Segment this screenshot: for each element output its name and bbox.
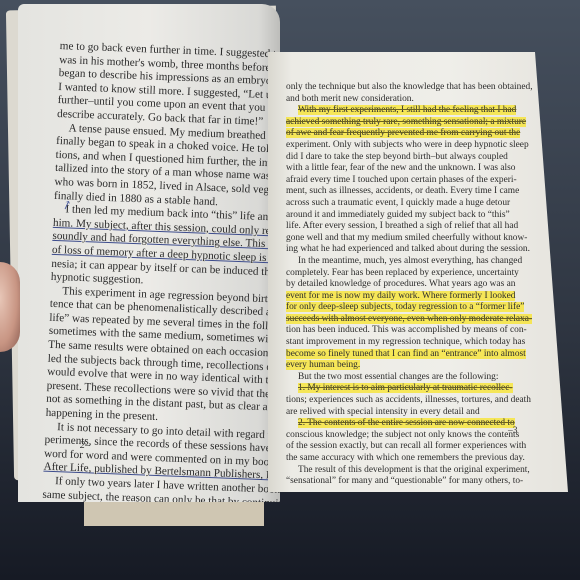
page-number-left: 2–: [80, 440, 90, 451]
text-line: across such a traumatic event, I quickly…: [286, 198, 522, 210]
text-line: only the technique but also the knowledg…: [286, 82, 522, 94]
text-line: are relived with special intensity in ev…: [286, 407, 522, 419]
text-line: stant improvement in my regression techn…: [286, 337, 522, 349]
text-line: by detailed knowledge of procedures. Wha…: [286, 279, 522, 291]
text-line: ing what he had experienced and talked a…: [286, 244, 522, 256]
text-line: In the meantime, much, yes almost everyt…: [286, 256, 522, 268]
text-line: completely. Fear has been replaced by ex…: [286, 268, 522, 280]
thumb-holding-page: [0, 262, 20, 352]
text-line: conscious knowledge; the subject not onl…: [286, 430, 522, 442]
text-line: around it and immediately guided my subj…: [286, 210, 522, 222]
right-page: only the technique but also the knowledg…: [268, 52, 568, 492]
highlighted-line: achieved something truly rare, something…: [286, 117, 526, 127]
text-line: of the session exactly, but can recall a…: [286, 441, 522, 453]
text-line: ment, such as illnesses, accidents, or d…: [286, 186, 522, 198]
left-page: me to go back even further in time. I su…: [18, 4, 280, 502]
text-line: The result of this development is that t…: [286, 465, 522, 477]
highlighted-line: event for me is now my daily work. Where…: [286, 291, 515, 301]
text-line: afraid every time I touched upon certain…: [286, 175, 522, 187]
text-line: with a little fear, fear of the new and …: [286, 163, 522, 175]
text-line: did I dare to take the step beyond birth…: [286, 152, 522, 164]
text-line: gone well and that my medium smiled chee…: [286, 233, 522, 245]
highlighted-line: every human being.: [286, 360, 360, 370]
text-line: experiment. Only with subjects who were …: [286, 140, 522, 152]
page-stack-edge: [84, 500, 264, 526]
highlighted-line: With my first experiments, I still had t…: [298, 105, 516, 115]
highlighted-line: 1. My interest is to aim particularly at…: [298, 383, 513, 393]
text-line: But the two most essential changes are t…: [286, 372, 522, 384]
highlighted-line: 2. The contents of the entire session ar…: [298, 418, 515, 428]
page-number-right: –3: [508, 426, 518, 436]
text-line: life. After every session, I breathed a …: [286, 221, 522, 233]
highlighted-line: for only deep-sleep subjects, today regr…: [286, 302, 524, 312]
text-line: “sensational” for many and “questionable…: [286, 476, 522, 488]
highlighted-line: of awe and fear frequently prevented me …: [286, 128, 520, 138]
text-line: tions; experiences such as accidents, il…: [286, 395, 522, 407]
highlighted-line: succeeds with almost everyone, even when…: [286, 314, 532, 324]
text-line: the same accuracy with which one remembe…: [286, 453, 522, 465]
left-page-text: me to go back even further in time. I su…: [42, 40, 280, 502]
text-line: tion has been induced. This was accompli…: [286, 325, 522, 337]
text-line: and both merit new consideration.: [286, 94, 522, 106]
right-page-text: only the technique but also the knowledg…: [286, 82, 522, 488]
highlighted-line: become so finely tuned that I can find a…: [286, 349, 526, 359]
